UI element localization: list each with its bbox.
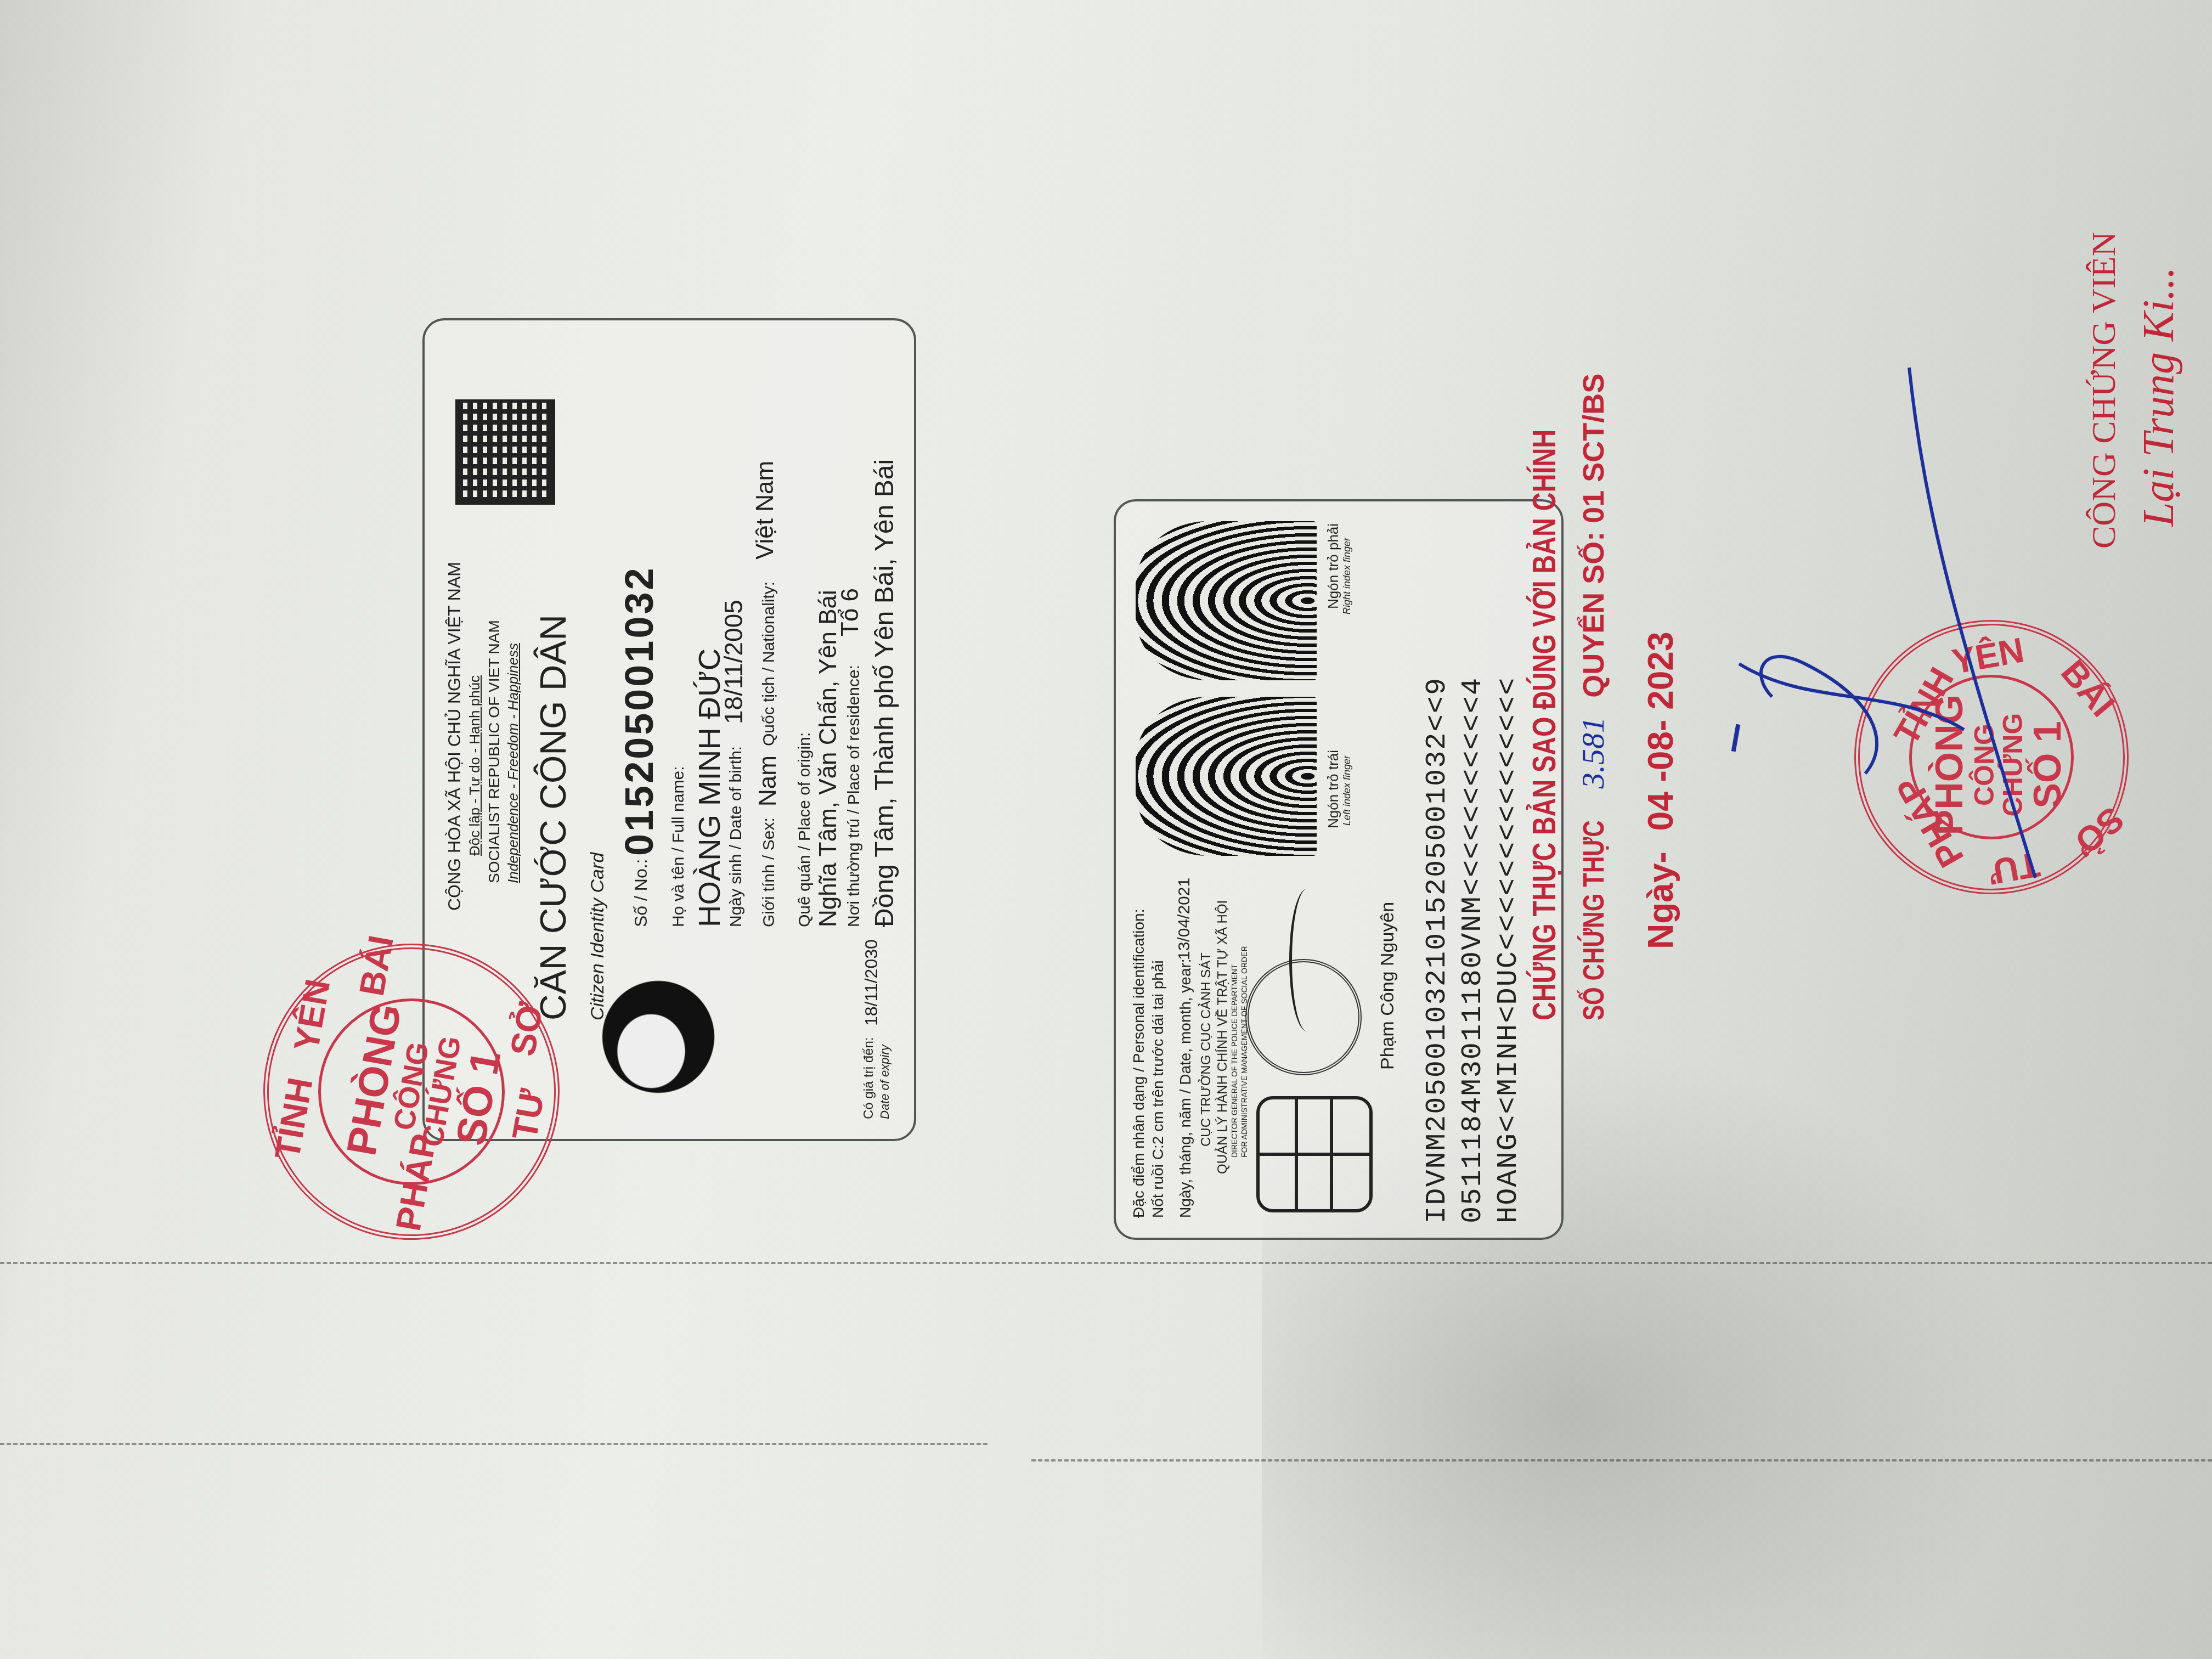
certification-date: Ngày- 04 -08- 2023 — [1640, 631, 1681, 949]
certification-number-line: SỐ CHỨNG THỰC 3.581 QUYỂN SỐ: 01 SCT/BS — [1575, 374, 1611, 1020]
nationality-label: Quốc tịch / Nationality: — [760, 582, 778, 746]
holder-photo — [587, 966, 730, 1108]
card-title: CĂN CƯỚC CÔNG DÂN — [532, 614, 574, 1020]
mrz-line2: 0511184M3011180VNM<<<<<<<<<<<4 — [1457, 677, 1489, 1223]
issue-date: 13/04/2021 — [1175, 878, 1194, 960]
header-motto: Độc lập - Tự do - Hạnh phúc — [466, 675, 483, 856]
fold-line — [0, 1262, 2212, 1264]
residence-label: Nơi thường trú / Place of residence: — [845, 665, 864, 927]
header-country-en: SOCIALIST REPUBLIC OF VIET NAM — [486, 620, 503, 883]
expiry-date: 18/11/2030 — [861, 939, 882, 1026]
features-value: Nốt ruồi C:2 cm trên trước dái tai phải — [1149, 960, 1167, 1218]
right-fingerprint — [1136, 521, 1317, 680]
features-label: Đặc điểm nhân dạng / Personal identifica… — [1130, 909, 1148, 1218]
notary-block: CÔNG CHỨNG VIÊN Lại Trung Ki... — [2085, 165, 2212, 549]
signer-name: Phạm Công Nguyên — [1377, 902, 1398, 1070]
residence-line2: Đồng Tâm, Thành phố Yên Bái, Yên Bái — [870, 459, 900, 927]
authority-line3: DIRECTOR GENERAL OF THE POLICE DEPARTMEN… — [1230, 964, 1239, 1158]
left-finger-label-en: Left index finger — [1341, 755, 1353, 826]
left-finger-label: Ngón trỏ trái — [1325, 750, 1342, 828]
authority-line1: CỤC TRƯỞNG CỤC CẢNH SÁT — [1199, 952, 1214, 1147]
header-country: CỘNG HÒA XÃ HỘI CHỦ NGHĨA VIỆT NAM — [444, 562, 465, 911]
mrz-line1: IDVNM2050010321015205001032<<9 — [1421, 677, 1453, 1223]
notary-name: Lại Trung Ki... — [2134, 267, 2184, 527]
id-number-label: Số / No.: — [631, 859, 651, 928]
nationality: Việt Nam — [752, 461, 779, 560]
expiry-label: Có giá trị đến: — [861, 1037, 877, 1119]
fold-line — [1031, 1459, 2212, 1462]
sex: Nam — [754, 755, 782, 806]
id-number: 015205001032 — [617, 566, 662, 856]
origin: Nghĩa Tâm, Văn Chấn, Yên Bái — [815, 590, 842, 927]
residence-line1: Tổ 6 — [837, 588, 864, 636]
fold-line — [0, 1443, 988, 1445]
left-fingerprint — [1136, 697, 1317, 856]
right-finger-label: Ngón trỏ phải — [1325, 523, 1342, 609]
mrz-line3: HOANG<<MINH<DUC<<<<<<<<<<<<<<< — [1492, 677, 1525, 1223]
handwritten-number: 3.581 — [1575, 717, 1611, 789]
card-back: Đặc điểm nhân dạng / Personal identifica… — [1114, 499, 1580, 1240]
qr-code — [455, 399, 555, 505]
right-finger-label-en: Right index finger — [1341, 538, 1353, 614]
authority-line4: FOR ADMINISTRATIVE MANAGEMENT OF SOCIAL … — [1240, 946, 1249, 1158]
authority-line2: QUẢN LÝ HÀNH CHÍNH VỀ TRẬT TỰ XÃ HỘI — [1215, 900, 1231, 1174]
issue-date-label: Ngày, tháng, năm / Date, month, year: — [1177, 958, 1194, 1218]
header-motto-en: Independence - Freedom - Happiness — [505, 643, 522, 883]
expiry-label-en: Date of expiry — [878, 1045, 892, 1119]
certification-block: CHỨNG THỰC BẢN SAO ĐÚNG VỚI BẢN CHÍNH SỐ… — [1525, 362, 1756, 1020]
chip-icon — [1256, 1096, 1373, 1212]
certification-title: CHỨNG THỰC BẢN SAO ĐÚNG VỚI BẢN CHÍNH — [1525, 430, 1563, 1020]
dob: 18/11/2005 — [719, 600, 748, 724]
sex-label: Giới tính / Sex: — [760, 817, 778, 927]
origin-label: Quê quán / Place of origin: — [795, 732, 814, 927]
fullname-label: Họ và tên / Full name: — [669, 766, 688, 927]
signature — [1289, 889, 1325, 1031]
dob-label: Ngày sinh / Date of birth: — [727, 746, 746, 927]
notary-signature — [1728, 357, 2057, 960]
notary-title: CÔNG CHỨNG VIÊN — [2085, 232, 2124, 549]
